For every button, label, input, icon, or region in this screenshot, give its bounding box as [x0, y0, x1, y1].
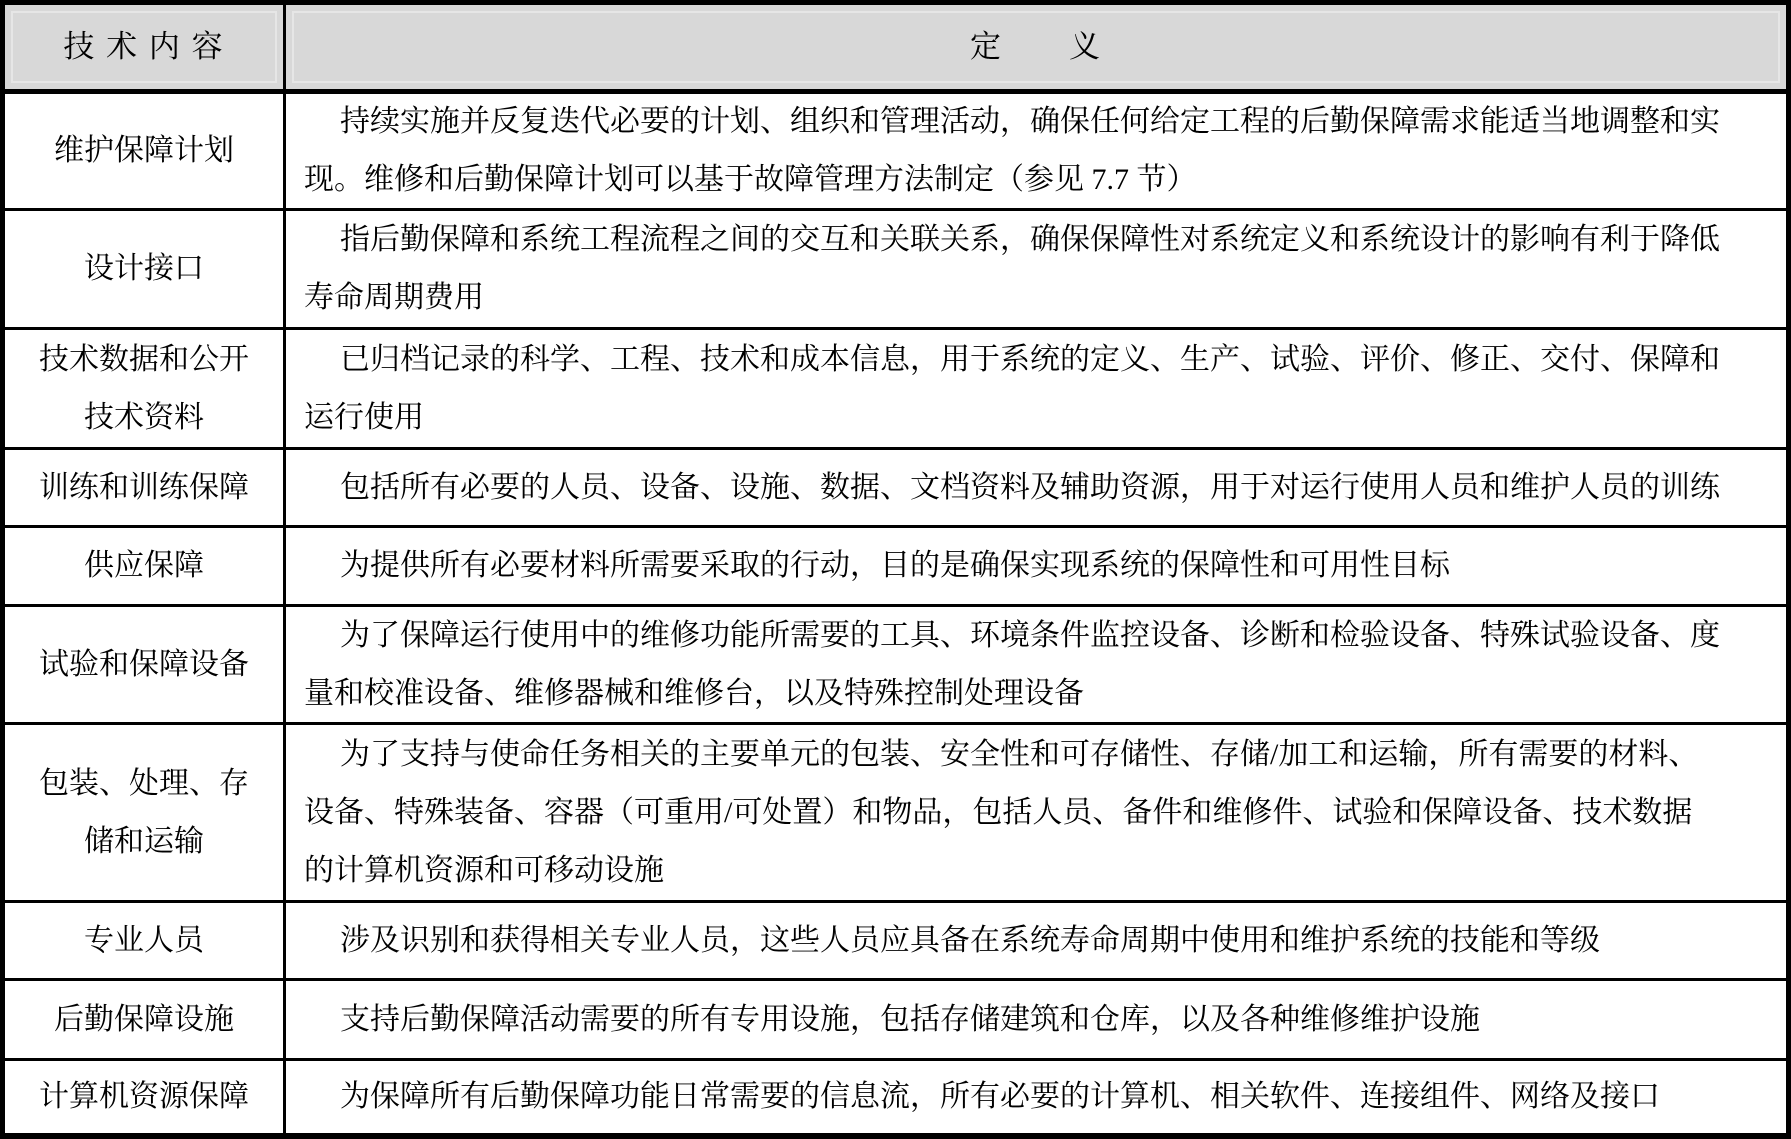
table-row: 训练和训练保障 包括所有必要的人员、设备、设施、数据、文档资料及辅助资源，用于对…: [5, 447, 1786, 525]
definition-cell: 涉及识别和获得相关专业人员，这些人员应具备在系统寿命周期中使用和维护系统的技能和…: [304, 912, 1778, 970]
definition-cell: 为保障所有后勤保障功能日常需要的信息流，所有必要的计算机、相关软件、连接组件、网…: [304, 1068, 1778, 1126]
table-row: 设计接口 指后勤保障和系统工程流程之间的交互和关联关系，确保保障性对系统定义和系…: [5, 208, 1786, 327]
header-term-column: 技 术 内 容: [5, 5, 286, 89]
header-term-label: 技 术 内 容: [63, 18, 224, 76]
header-definition-column: 定 义: [286, 5, 1786, 89]
term-cell: 计算机资源保障: [5, 1061, 286, 1133]
term-cell: 训练和训练保障: [5, 450, 286, 525]
definition-cell: 为了保障运行使用中的维修功能所需要的工具、环境条件监控设备、诊断和检验设备、特殊…: [304, 607, 1778, 723]
term-cell: 供应保障: [5, 528, 286, 604]
definition-cell: 指后勤保障和系统工程流程之间的交互和关联关系，确保保障性对系统定义和系统设计的影…: [304, 211, 1778, 327]
table-row: 试验和保障设备 为了保障运行使用中的维修功能所需要的工具、环境条件监控设备、诊断…: [5, 604, 1786, 722]
header-definition-label: 定 义: [970, 18, 1102, 76]
table-row: 专业人员 涉及识别和获得相关专业人员，这些人员应具备在系统寿命周期中使用和维护系…: [5, 900, 1786, 978]
term-cell: 设计接口: [5, 211, 286, 327]
table-row: 技术数据和公开 技术资料 已归档记录的科学、工程、技术和成本信息，用于系统的定义…: [5, 327, 1786, 447]
table-row: 计算机资源保障 为保障所有后勤保障功能日常需要的信息流，所有必要的计算机、相关软…: [5, 1058, 1786, 1133]
term-cell: 技术数据和公开 技术资料: [5, 330, 286, 447]
definition-cell: 为了支持与使命任务相关的主要单元的包装、安全性和可存储性、存储/加工和运输，所有…: [304, 726, 1778, 900]
term-cell: 后勤保障设施: [5, 981, 286, 1058]
table-row: 包装、处理、存 储和运输 为了支持与使命任务相关的主要单元的包装、安全性和可存储…: [5, 722, 1786, 900]
term-cell: 专业人员: [5, 903, 286, 978]
definition-cell: 支持后勤保障活动需要的所有专用设施，包括存储建筑和仓库，以及各种维修维护设施: [304, 991, 1778, 1049]
table-row: 维护保障计划 持续实施并反复迭代必要的计划、组织和管理活动，确保任何给定工程的后…: [5, 91, 1786, 208]
definitions-table: 技 术 内 容 定 义 维护保障计划 持续实施并反复迭代必要的计划、组织和管理活…: [0, 0, 1791, 1139]
definition-cell: 包括所有必要的人员、设备、设施、数据、文档资料及辅助资源，用于对运行使用人员和维…: [304, 459, 1778, 517]
definition-cell: 持续实施并反复迭代必要的计划、组织和管理活动，确保任何给定工程的后勤保障需求能适…: [304, 93, 1778, 209]
term-cell: 包装、处理、存 储和运输: [5, 725, 286, 900]
table-header-row: 技 术 内 容 定 义: [5, 5, 1786, 91]
term-cell: 试验和保障设备: [5, 607, 286, 722]
definition-cell: 为提供所有必要材料所需要采取的行动，目的是确保实现系统的保障性和可用性目标: [304, 537, 1778, 595]
definition-cell: 已归档记录的科学、工程、技术和成本信息，用于系统的定义、生产、试验、评价、修正、…: [304, 331, 1778, 447]
term-cell: 维护保障计划: [5, 94, 286, 208]
table-row: 供应保障 为提供所有必要材料所需要采取的行动，目的是确保实现系统的保障性和可用性…: [5, 525, 1786, 604]
table-row: 后勤保障设施 支持后勤保障活动需要的所有专用设施，包括存储建筑和仓库，以及各种维…: [5, 978, 1786, 1058]
